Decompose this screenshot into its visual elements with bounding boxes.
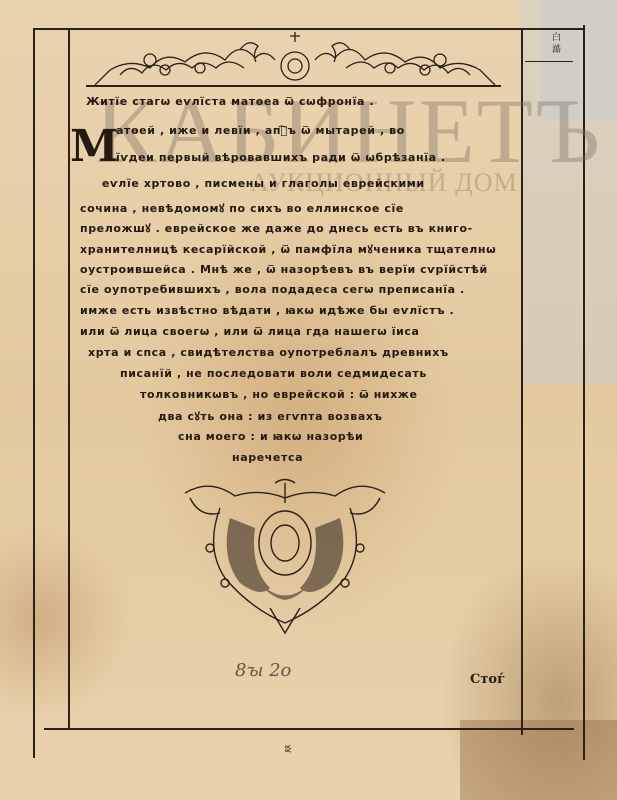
text-line: еѵлїе хртово , писмены и глаголы еврейск…	[102, 177, 542, 190]
corner-box-line	[525, 61, 573, 62]
text-line: два сꙋть она : из егѵпта возвахъ	[158, 409, 598, 424]
signature-mark: ꙋꙋ	[283, 745, 292, 753]
text-line: сна моего : и ꙗкѡ назорѣи	[178, 430, 617, 443]
text-line: атѳей , иже и левїи , апⷧ҇ъ ѿ мытарей , …	[116, 124, 556, 137]
text-line: или ѿ лица своегѡ , или ѿ лица гда нашег…	[80, 325, 520, 338]
headpiece-ornament	[90, 30, 500, 85]
handwritten-note: 8ꙑ 2о	[235, 660, 291, 681]
tailpiece-ornament	[180, 478, 390, 638]
text-line: сїе оупотребившихъ , вола подадеса сегѡ …	[80, 283, 520, 296]
text-line: хранителницѣ кесарїйской , ѿ памфїла мꙋч…	[80, 242, 520, 257]
text-line: Житїе стагѡ еѵлїста матѳеа ѿ сѡфронїа .	[86, 95, 526, 108]
text-line: имже есть извѣстно вѣдати , ꙗкѡ идѣже бы…	[80, 304, 520, 317]
text-line: писанїй , не последовати воли седмидесат…	[120, 367, 560, 380]
corner-box-text: 白 澔	[549, 32, 561, 53]
stain	[460, 720, 617, 800]
text-line: наречетса	[232, 451, 617, 464]
text-line: преложшꙋ . еврейское же даже до днесь ес…	[80, 221, 520, 236]
text-line: їѵдеи первый вѣровавшихъ ради ѿ ѡбрѣзанї…	[116, 151, 556, 164]
document-page: 白 澔 КАБИНЕТЪ АУКЦИОННЫЙ ДОМ М Житїе стаг…	[0, 0, 617, 800]
text-line: оустроившейса . Мнѣ же , ѿ назорѣевъ въ …	[80, 263, 520, 276]
frame-bottom-line	[44, 728, 574, 730]
catchword: Стоѓ	[470, 672, 505, 687]
text-line: толковникѡвъ , но еврейской : ѿ нихже	[140, 388, 580, 401]
frame-outer-left-line	[33, 28, 35, 758]
text-line: сочина , невѣдомомꙋ по сихъ во еллинское…	[80, 201, 520, 216]
drop-cap: М	[70, 118, 106, 178]
text-line: хрта и спса , свидѣтелства оупотреблалъ …	[88, 346, 528, 359]
